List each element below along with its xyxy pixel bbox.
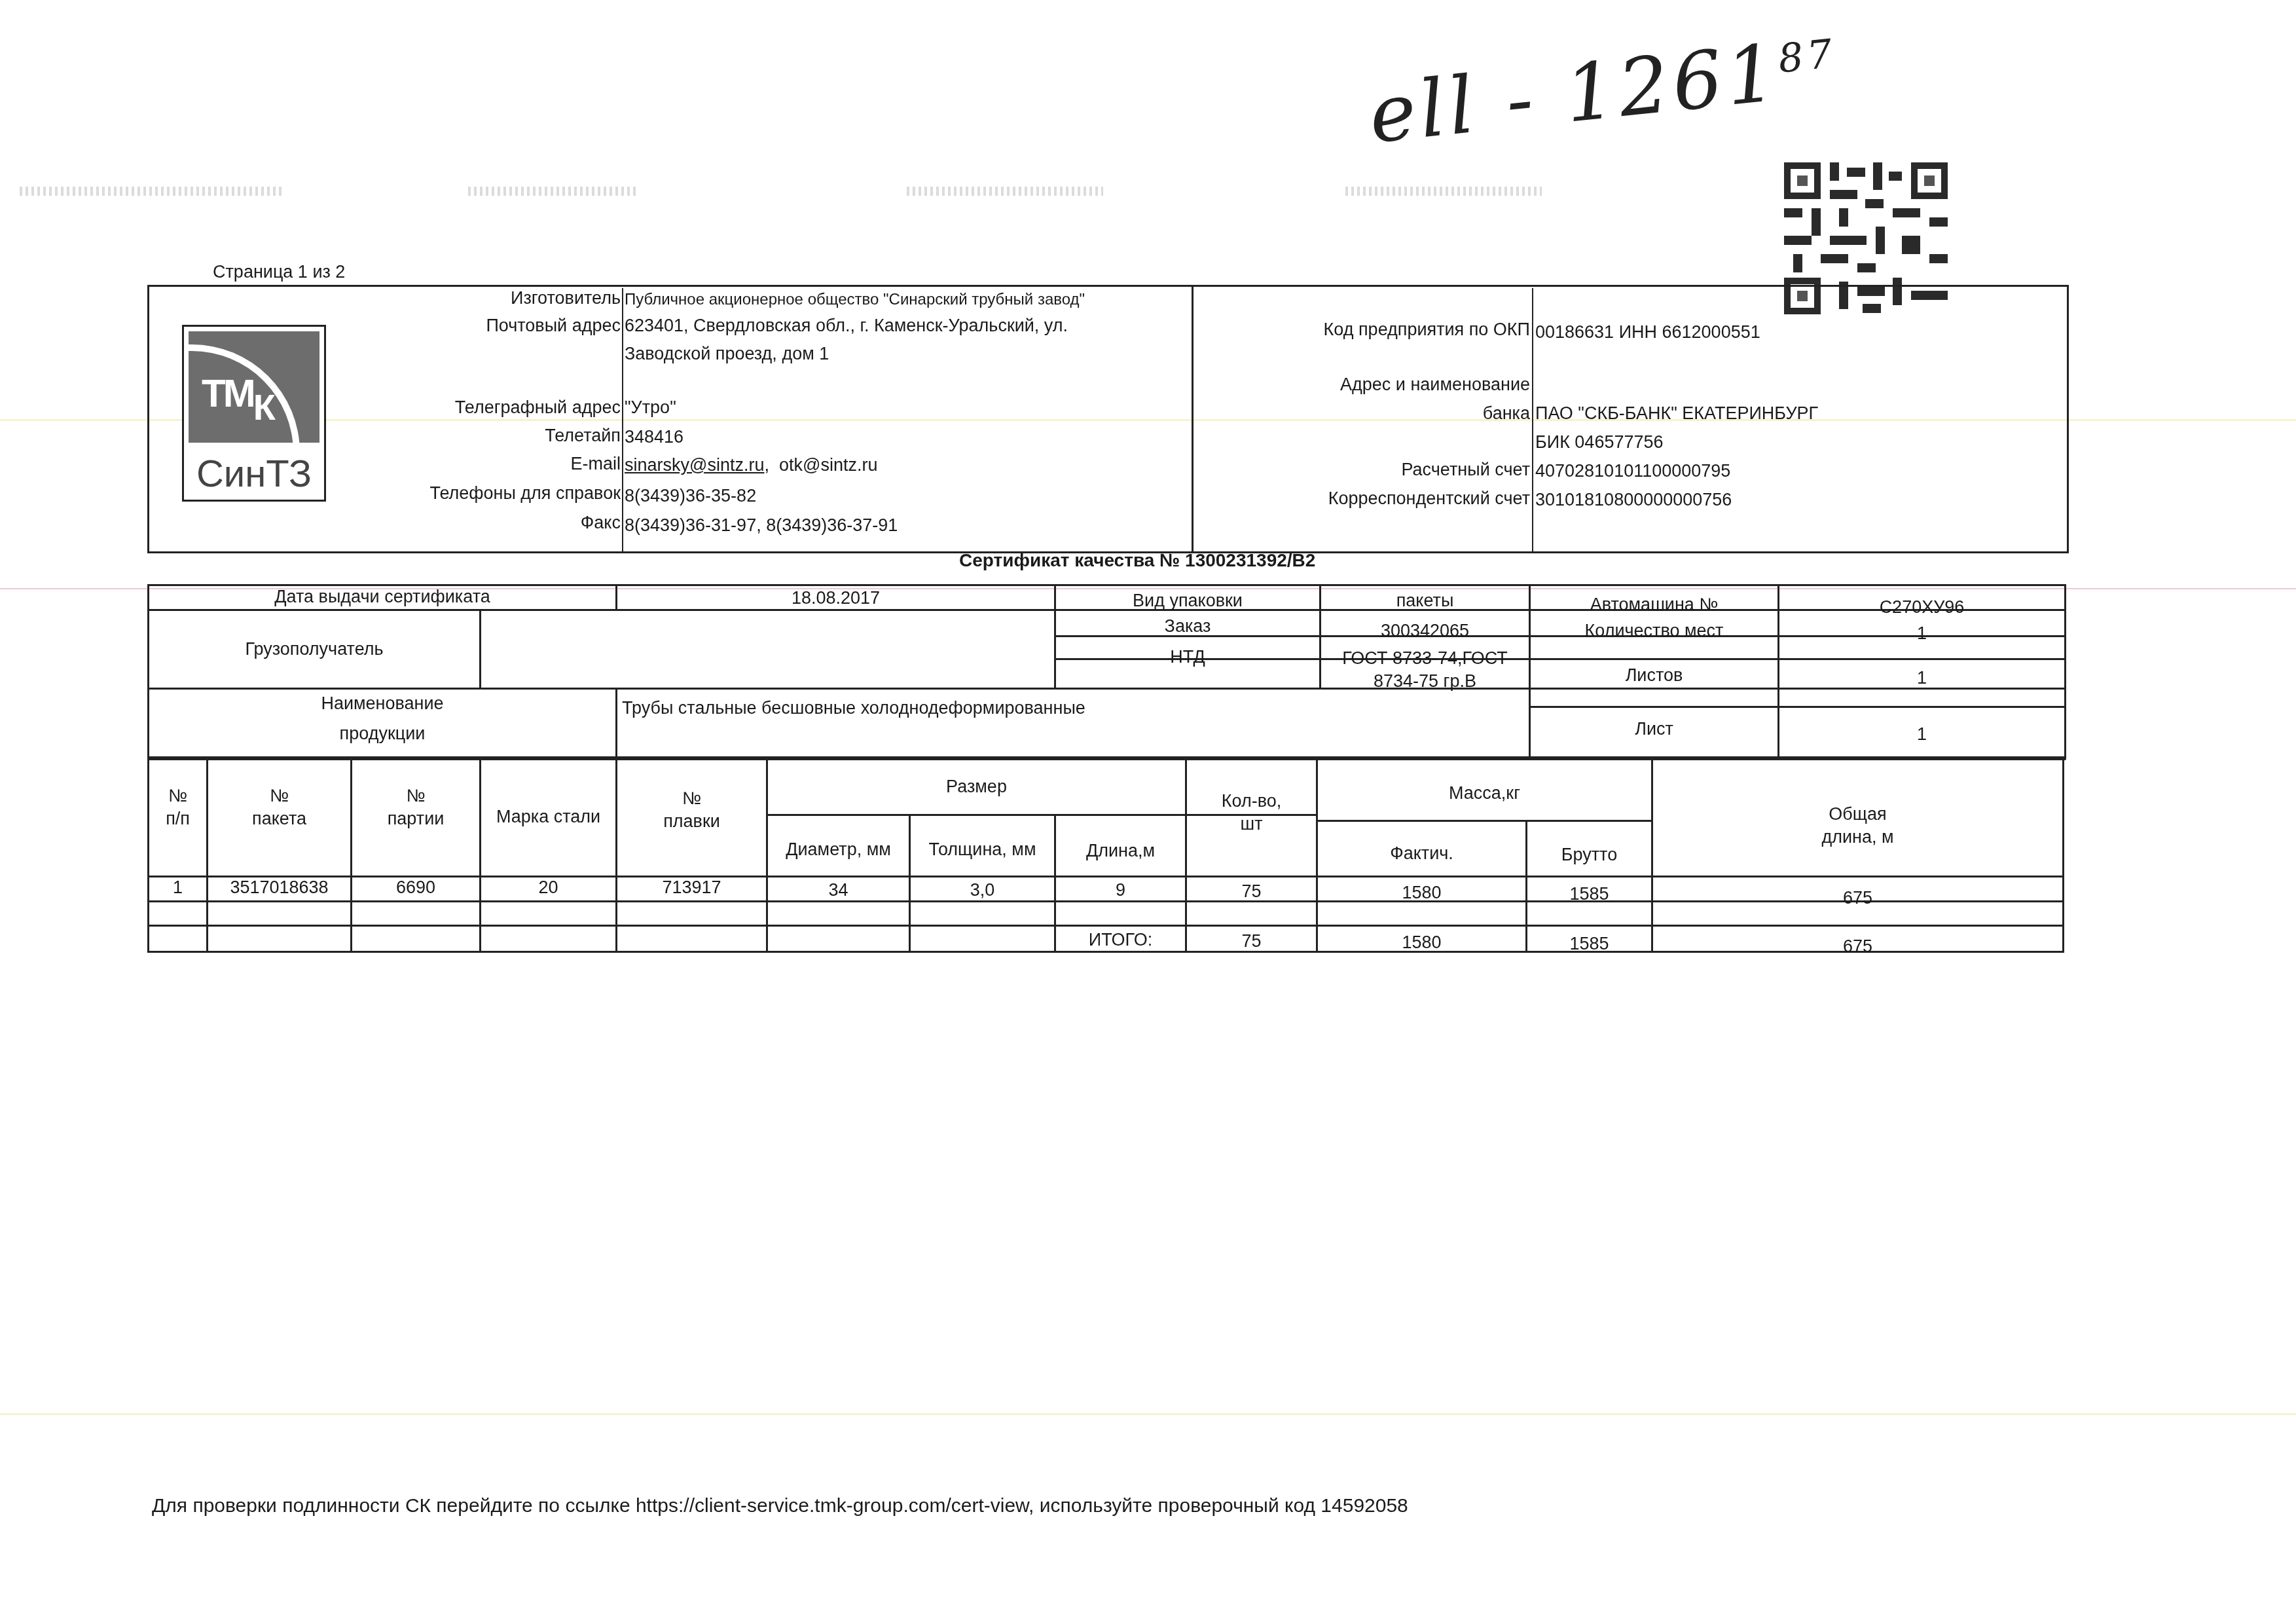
label-bank-address: Адрес и наименование [1340, 375, 1530, 395]
label-manufacturer: Изготовитель [511, 288, 621, 308]
certificate-title: Сертификат качества № 1300231392/В2 [959, 550, 1315, 571]
label-vehicle: Автомашина № [1531, 591, 1777, 619]
value-manufacturer: Публичное акционерное общество "Синарски… [625, 291, 1085, 309]
totals-mass-actual: 1580 [1318, 929, 1525, 957]
header-heat-number: №плавки [617, 787, 766, 833]
scan-noise [468, 187, 638, 196]
handwriting-main: ell - 1261 [1365, 28, 1785, 161]
logo-name: СинТЗ [184, 452, 324, 496]
label-okp-code: Код предприятия по ОКП [1324, 320, 1530, 340]
cell-total-length: 675 [1653, 884, 2062, 912]
tmk-logo-icon: ТМК СинТЗ [182, 325, 326, 502]
scan-artifact [0, 1413, 2296, 1415]
label-places-count: Количество мест [1531, 617, 1777, 645]
cell-quantity: 75 [1187, 877, 1316, 906]
scan-noise [907, 187, 1103, 196]
label-correspondent-account: Корреспондентский счет [1328, 489, 1530, 509]
header-total-length: Общаядлина, м [1653, 803, 2062, 849]
cell-heat-number: 713917 [617, 874, 766, 902]
value-ntd-line2: 8734-75 гр.В [1374, 671, 1476, 691]
label-sheets-total: Листов [1531, 661, 1777, 690]
value-telegraph-address: "Утро" [625, 397, 676, 418]
header-row-number: №п/п [149, 784, 206, 830]
value-fax: 8(3439)36-31-97, 8(3439)36-37-91 [625, 515, 898, 536]
value-packaging: пакеты [1321, 587, 1529, 615]
label-fax: Факс [581, 513, 621, 533]
value-phones: 8(3439)36-35-82 [625, 486, 756, 506]
value-order: 300342065 [1321, 617, 1529, 645]
cell-mass-actual: 1580 [1318, 879, 1525, 907]
value-postal-address-line2: Заводской проезд, дом 1 [625, 344, 829, 364]
value-correspondent-account: 30101810800000000756 [1535, 490, 1732, 510]
label-issue-date: Дата выдачи сертификата [149, 583, 615, 611]
divider [1532, 288, 1533, 553]
label-packaging: Вид упаковки [1056, 587, 1319, 615]
value-sheet: 1 [1779, 720, 2064, 748]
header-length: Длина,м [1056, 837, 1185, 865]
header-mass-group: Масса,кг [1318, 779, 1651, 807]
value-bank-name: ПАО "СКБ-БАНК" ЕКАТЕРИНБУРГ [1535, 403, 1818, 424]
value-teletype: 348416 [625, 427, 683, 447]
label-phones: Телефоны для справок [429, 483, 621, 504]
cell-mass-gross: 1585 [1527, 880, 1651, 908]
scan-noise [1345, 187, 1542, 196]
cell-steel-grade: 20 [481, 874, 615, 902]
value-product-name: Трубы стальные бесшовные холоднодеформир… [622, 694, 1085, 722]
handwritten-annotation: ell - 126187 [1365, 22, 1842, 161]
verification-note: Для проверки подлинности СК перейдите по… [152, 1495, 1408, 1518]
label-teletype: Телетайп [545, 426, 621, 446]
divider [622, 288, 623, 553]
label-order: Заказ [1056, 612, 1319, 640]
header-size-group: Размер [768, 773, 1185, 801]
email-otk: otk@sintz.ru [779, 455, 877, 475]
label-bank: банка [1483, 403, 1530, 424]
logo-mark: ТМК [202, 371, 273, 416]
value-okp-inn: 00186631 ИНН 6612000551 [1535, 322, 1760, 342]
email-link-sinarsky[interactable]: sinarsky@sintz.ru [625, 455, 764, 475]
value-places-count: 1 [1779, 619, 2064, 648]
scan-noise [20, 187, 282, 196]
value-ntd: ГОСТ 8733-74,ГОСТ 8734-75 гр.В [1321, 647, 1529, 693]
label-ntd: НТД [1056, 643, 1319, 671]
header-batch-number: №партии [352, 784, 479, 830]
value-bik: БИК 046577756 [1535, 432, 1664, 452]
label-email: E-mail [570, 454, 621, 474]
header-mass-gross: Брутто [1527, 841, 1651, 869]
header-package-number: №пакета [208, 784, 350, 830]
label-consignee: Грузополучатель [149, 635, 479, 663]
value-ntd-line1: ГОСТ 8733-74,ГОСТ [1342, 648, 1508, 668]
header-thickness: Толщина, мм [911, 836, 1054, 864]
handwriting-superscript: 87 [1776, 31, 1838, 83]
cell-package-number: 3517018638 [208, 874, 350, 902]
header-diameter: Диаметр, мм [768, 836, 909, 864]
value-settlement-account: 40702810101100000795 [1535, 461, 1730, 481]
label-postal-address: Почтовый адрес [486, 316, 621, 336]
label-product-name: Наименование продукции [149, 689, 615, 749]
header-quantity: Кол-во,шт [1187, 790, 1316, 836]
header-mass-actual: Фактич. [1318, 840, 1525, 868]
divider [1192, 285, 1194, 553]
totals-mass-gross: 1585 [1527, 930, 1651, 958]
cell-diameter: 34 [768, 876, 909, 904]
label-settlement-account: Расчетный счет [1401, 460, 1530, 480]
value-postal-address: 623401, Свердловская обл., г. Каменск-Ур… [625, 316, 1068, 336]
cell-row-number: 1 [149, 874, 206, 902]
cell-length: 9 [1056, 876, 1185, 904]
page-indicator: Страница 1 из 2 [213, 262, 345, 282]
label-telegraph-address: Телеграфный адрес [455, 397, 621, 418]
value-vehicle: С270ХУ96 [1779, 593, 2064, 621]
totals-quantity: 75 [1187, 927, 1316, 955]
value-sheets-total: 1 [1779, 664, 2064, 692]
cell-batch-number: 6690 [352, 874, 479, 902]
header-steel-grade: Марка стали [481, 803, 615, 831]
value-issue-date: 18.08.2017 [617, 584, 1054, 612]
label-sheet: Лист [1531, 715, 1777, 743]
totals-total-length: 675 [1653, 932, 2062, 961]
cell-thickness: 3,0 [911, 876, 1054, 904]
totals-label: ИТОГО: [1056, 926, 1185, 954]
